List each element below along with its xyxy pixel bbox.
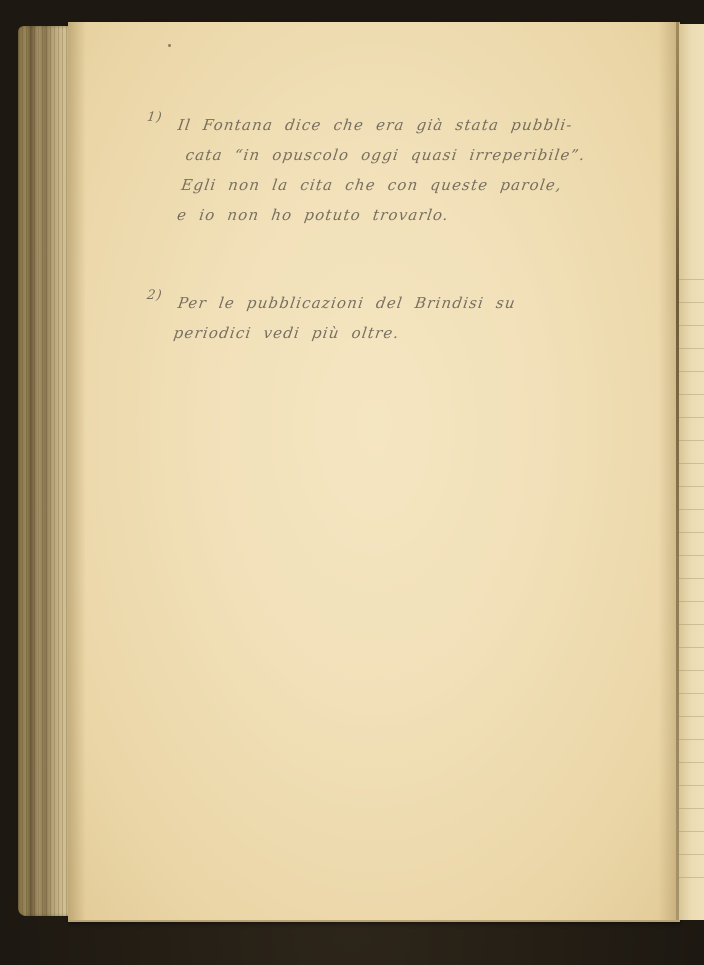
- footnote-text: Per le pubblicazioni del Brindisi su per…: [172, 288, 518, 348]
- ruled-line: [679, 555, 704, 556]
- ruled-line: [679, 647, 704, 648]
- ruled-line: [679, 693, 704, 694]
- ruled-line: [679, 348, 704, 349]
- ruled-line: [679, 854, 704, 855]
- ruled-line: [679, 279, 704, 280]
- ruled-line: [679, 739, 704, 740]
- ruled-line: [679, 831, 704, 832]
- ruled-line: [679, 509, 704, 510]
- ruled-line: [679, 601, 704, 602]
- footnote-text: Il Fontana dice che era già stata pubbli…: [163, 110, 592, 230]
- footnote-line: Egli non la cita che con queste parole,: [167, 170, 583, 200]
- ink-speck: [168, 44, 171, 47]
- footnote-marker: 2): [146, 288, 164, 303]
- ruled-line: [679, 785, 704, 786]
- ruled-line: [679, 762, 704, 763]
- ruled-line: [679, 808, 704, 809]
- ruled-line: [679, 877, 704, 878]
- facing-page-sliver: [679, 24, 704, 920]
- footnote-line: periodici vedi più oltre.: [172, 318, 514, 348]
- ruled-line: [679, 532, 704, 533]
- ruled-line: [679, 578, 704, 579]
- ruled-line: [679, 486, 704, 487]
- footnote-line: e io non ho potuto trovarlo.: [163, 200, 579, 230]
- footnote-marker: 1): [146, 110, 164, 125]
- ruled-line: [679, 302, 704, 303]
- ruled-line: [679, 417, 704, 418]
- ruled-line: [679, 394, 704, 395]
- ruled-line: [679, 716, 704, 717]
- ruled-line: [679, 440, 704, 441]
- footnote-line: Il Fontana dice che era già stata pubbli…: [176, 110, 592, 140]
- footnote-line: Per le pubblicazioni del Brindisi su: [176, 288, 518, 318]
- ruled-line: [679, 463, 704, 464]
- ruled-line: [679, 670, 704, 671]
- ruled-line: [679, 371, 704, 372]
- ruled-line: [679, 325, 704, 326]
- footnote-line: cata “in opuscolo oggi quasi irreperibil…: [172, 140, 588, 170]
- ruled-line: [679, 624, 704, 625]
